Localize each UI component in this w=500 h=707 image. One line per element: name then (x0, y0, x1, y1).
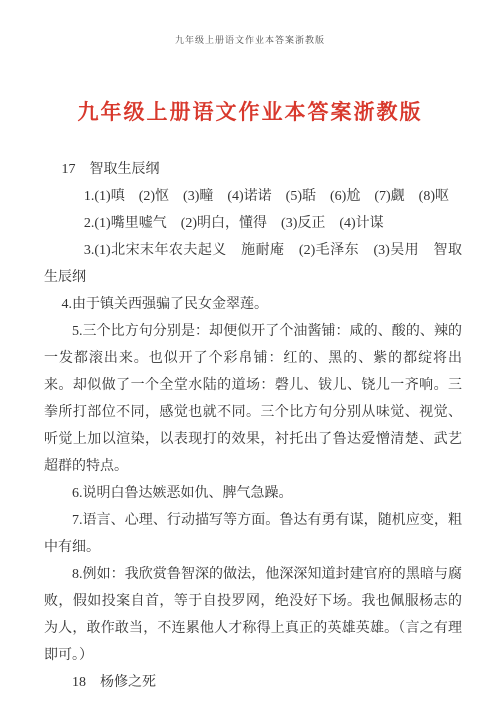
answer-item-7: 7.语言、心理、行动描写等方面。鲁达有勇有谋，随机应变，粗中有细。 (44, 507, 462, 561)
answer-item-4: 4.由于镇关西强骗了民女金翠莲。 (44, 291, 462, 318)
lesson-heading-17: 17 智取生辰纲 (44, 156, 462, 183)
document-body: 17 智取生辰纲1.(1)嗔 (2)怄 (3)疃 (4)诺诺 (5)聒 (6)尬… (0, 156, 500, 696)
answer-item-8: 8.例如：我欣赏鲁智深的做法，他深深知道封建官府的黑暗与腐败，假如投案自首，等于… (44, 561, 462, 669)
document-page: 九年级上册语文作业本答案浙教版 九年级上册语文作业本答案浙教版 17 智取生辰纲… (0, 0, 500, 707)
lesson-heading-18: 18 杨修之死 (44, 669, 462, 696)
answer-item-6: 6.说明白鲁达嫉恶如仇、脾气急躁。 (44, 480, 462, 507)
answer-item-2: 2.(1)嘴里嘘气 (2)明白，懂得 (3)反正 (4)计谋 (44, 210, 462, 237)
page-title: 九年级上册语文作业本答案浙教版 (0, 96, 500, 126)
running-header: 九年级上册语文作业本答案浙教版 (0, 0, 500, 46)
answer-item-3: 3.(1)北宋末年农夫起义 施耐庵 (2)毛泽东 (3)吴用 智取生辰纲 (44, 237, 462, 291)
answer-item-1: 1.(1)嗔 (2)怄 (3)疃 (4)诺诺 (5)聒 (6)尬 (7)觑 (8… (44, 183, 462, 210)
answer-item-5: 5.三个比方句分别是：却便似开了个油酱铺：咸的、酸的、辣的一发都滚出来。也似开了… (44, 318, 462, 480)
